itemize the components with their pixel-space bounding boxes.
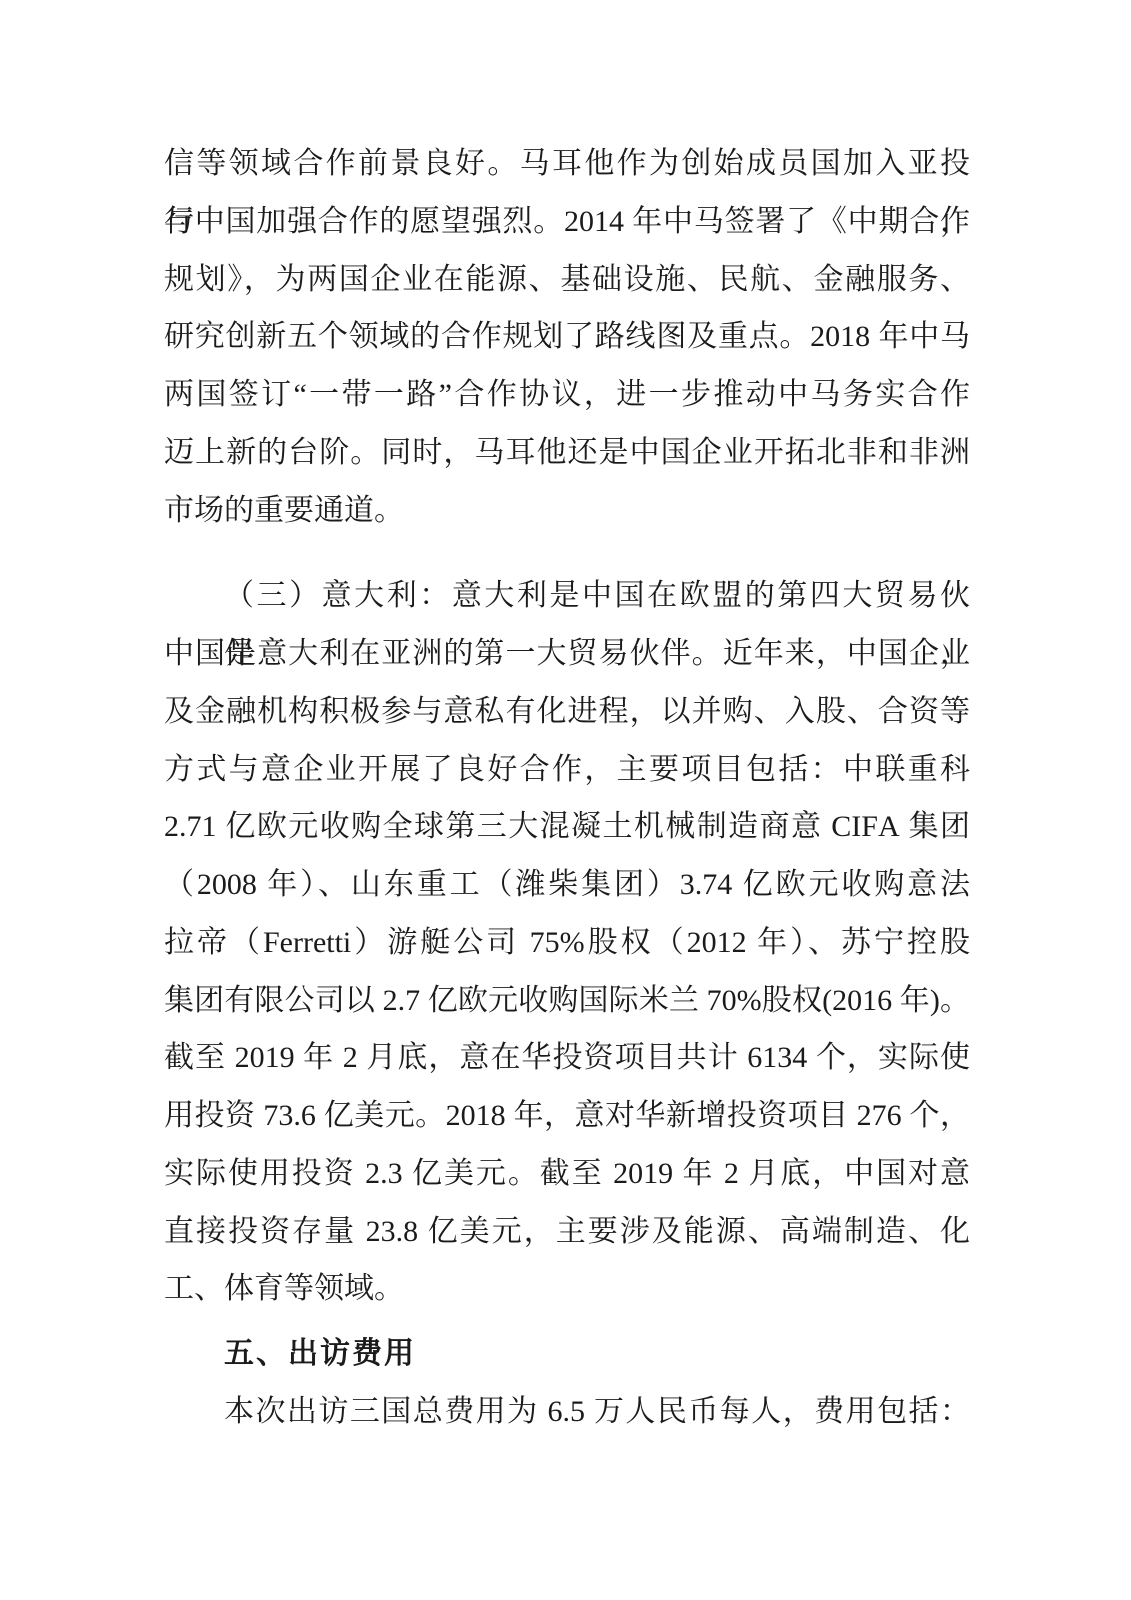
document-page: 信等领域合作前景良好。马耳他作为创始成员国加入亚投行，与中国加强合作的愿望强烈。…: [0, 0, 1131, 1600]
text-line: 中国是意大利在亚洲的第一大贸易伙伴。近年来，中国企业: [164, 625, 970, 683]
text-line: 拉帝（Ferretti）游艇公司 75%股权（2012 年）、苏宁控股: [164, 914, 970, 972]
text-line: 实际使用投资 2.3 亿美元。截至 2019 年 2 月底，中国对意: [164, 1145, 970, 1203]
text-line: 本次出访三国总费用为 6.5 万人民币每人，费用包括：: [164, 1383, 970, 1441]
text-line: 用投资 73.6 亿美元。2018 年，意对华新增投资项目 276 个，: [164, 1087, 970, 1145]
text-line: 2.71 亿欧元收购全球第三大混凝土机械制造商意 CIFA 集团: [164, 798, 970, 856]
document-body: 信等领域合作前景良好。马耳他作为创始成员国加入亚投行，与中国加强合作的愿望强烈。…: [164, 135, 970, 1441]
text-line: 迈上新的台阶。同时，马耳他还是中国企业开拓北非和非洲: [164, 424, 970, 482]
paragraph: 信等领域合作前景良好。马耳他作为创始成员国加入亚投行，与中国加强合作的愿望强烈。…: [164, 135, 970, 539]
text-line: 及金融机构积极参与意私有化进程，以并购、入股、合资等: [164, 683, 970, 741]
paragraph: 本次出访三国总费用为 6.5 万人民币每人，费用包括：: [164, 1383, 970, 1441]
text-line: 集团有限公司以 2.7 亿欧元收购国际米兰 70%股权(2016 年)。: [164, 972, 970, 1030]
text-line: 与中国加强合作的愿望强烈。2014 年中马签署了《中期合作: [164, 193, 970, 251]
text-line: （三）意大利：意大利是中国在欧盟的第四大贸易伙伴，: [164, 567, 970, 625]
text-line: 两国签订“一带一路”合作协议，进一步推动中马务实合作: [164, 366, 970, 424]
text-line: 规划》，为两国企业在能源、基础设施、民航、金融服务、: [164, 251, 970, 309]
text-line: 工、体育等领域。: [164, 1260, 970, 1318]
text-line: 信等领域合作前景良好。马耳他作为创始成员国加入亚投行，: [164, 135, 970, 193]
heading-text-line: 五、出访费用: [164, 1325, 970, 1383]
text-line: （2008 年）、山东重工（潍柴集团）3.74 亿欧元收购意法: [164, 856, 970, 914]
text-line: 研究创新五个领域的合作规划了路线图及重点。2018 年中马: [164, 308, 970, 366]
paragraph: （三）意大利：意大利是中国在欧盟的第四大贸易伙伴，中国是意大利在亚洲的第一大贸易…: [164, 567, 970, 1318]
text-line: 直接投资存量 23.8 亿美元，主要涉及能源、高端制造、化: [164, 1203, 970, 1261]
section-heading: 五、出访费用: [164, 1325, 970, 1383]
text-line: 截至 2019 年 2 月底，意在华投资项目共计 6134 个，实际使: [164, 1029, 970, 1087]
text-line: 市场的重要通道。: [164, 482, 970, 540]
text-line: 方式与意企业开展了良好合作，主要项目包括：中联重科: [164, 741, 970, 799]
